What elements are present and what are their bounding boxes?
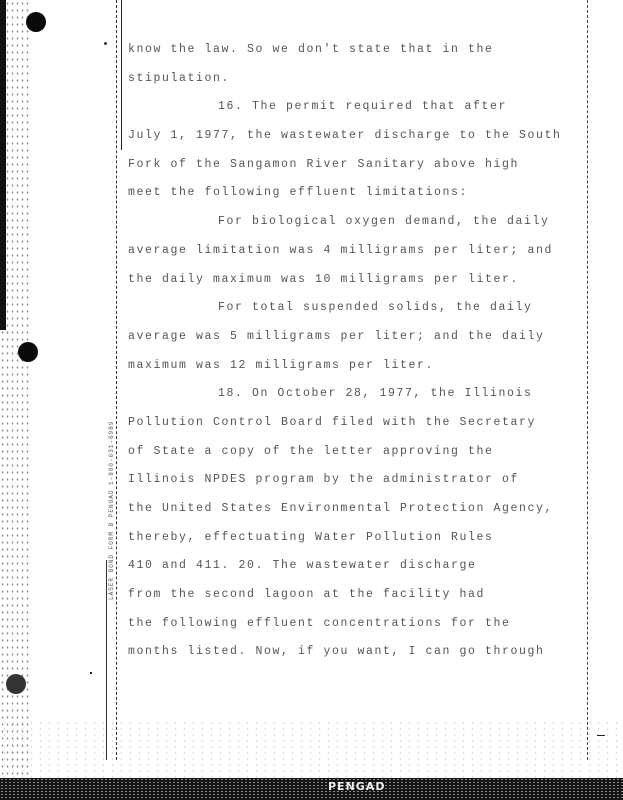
transcript-line: of State a copy of the letter approving … bbox=[128, 438, 568, 467]
transcript-line: average limitation was 4 milligrams per … bbox=[128, 237, 568, 266]
scanned-page: LASER BOND FORM B PENGAD 1-800-631-6989 … bbox=[0, 0, 623, 800]
transcript-line: For total suspended solids, the daily bbox=[128, 294, 568, 323]
transcript-line: average was 5 milligrams per liter; and … bbox=[128, 323, 568, 352]
transcript-line: thereby, effectuating Water Pollution Ru… bbox=[128, 524, 568, 553]
transcript-line: Illinois NPDES program by the administra… bbox=[128, 466, 568, 495]
transcript-line: 18. On October 28, 1977, the Illinois bbox=[128, 380, 568, 409]
transcript-line: know the law. So we don't state that in … bbox=[128, 36, 568, 65]
stray-mark bbox=[90, 672, 92, 674]
transcript-line: July 1, 1977, the wastewater discharge t… bbox=[128, 122, 568, 151]
transcript-line: the daily maximum was 10 milligrams per … bbox=[128, 266, 568, 295]
transcript-line: Fork of the Sangamon River Sanitary abov… bbox=[128, 151, 568, 180]
scan-noise-bottom bbox=[0, 720, 623, 778]
left-margin-rule bbox=[116, 0, 117, 760]
punch-hole-top bbox=[26, 12, 46, 32]
scan-bottom-band bbox=[0, 778, 623, 800]
transcript-line: For biological oxygen demand, the daily bbox=[128, 208, 568, 237]
bottom-form-stamp: PENGAD bbox=[328, 780, 385, 793]
transcript-body: know the law. So we don't state that in … bbox=[128, 36, 568, 667]
right-margin-rule bbox=[587, 0, 588, 760]
transcript-line: 16. The permit required that after bbox=[128, 93, 568, 122]
transcript-line: from the second lagoon at the facility h… bbox=[128, 581, 568, 610]
scan-dark-edge bbox=[0, 0, 6, 330]
bullet-mark bbox=[104, 42, 107, 45]
transcript-line: 410 and 411. 20. The wastewater discharg… bbox=[128, 552, 568, 581]
punch-hole-bottom bbox=[6, 674, 26, 694]
transcript-line: the United States Environmental Protecti… bbox=[128, 495, 568, 524]
left-margin-rule-solid bbox=[121, 0, 122, 150]
punch-hole-middle bbox=[18, 342, 38, 362]
transcript-line: months listed. Now, if you want, I can g… bbox=[128, 638, 568, 667]
transcript-line: meet the following effluent limitations: bbox=[128, 179, 568, 208]
margin-form-stamp: LASER BOND FORM B PENGAD 1-800-631-6989 bbox=[108, 160, 116, 600]
transcript-line: the following effluent concentrations fo… bbox=[128, 610, 568, 639]
transcript-line: maximum was 12 milligrams per liter. bbox=[128, 352, 568, 381]
transcript-line: Pollution Control Board filed with the S… bbox=[128, 409, 568, 438]
transcript-line: stipulation. bbox=[128, 65, 568, 94]
